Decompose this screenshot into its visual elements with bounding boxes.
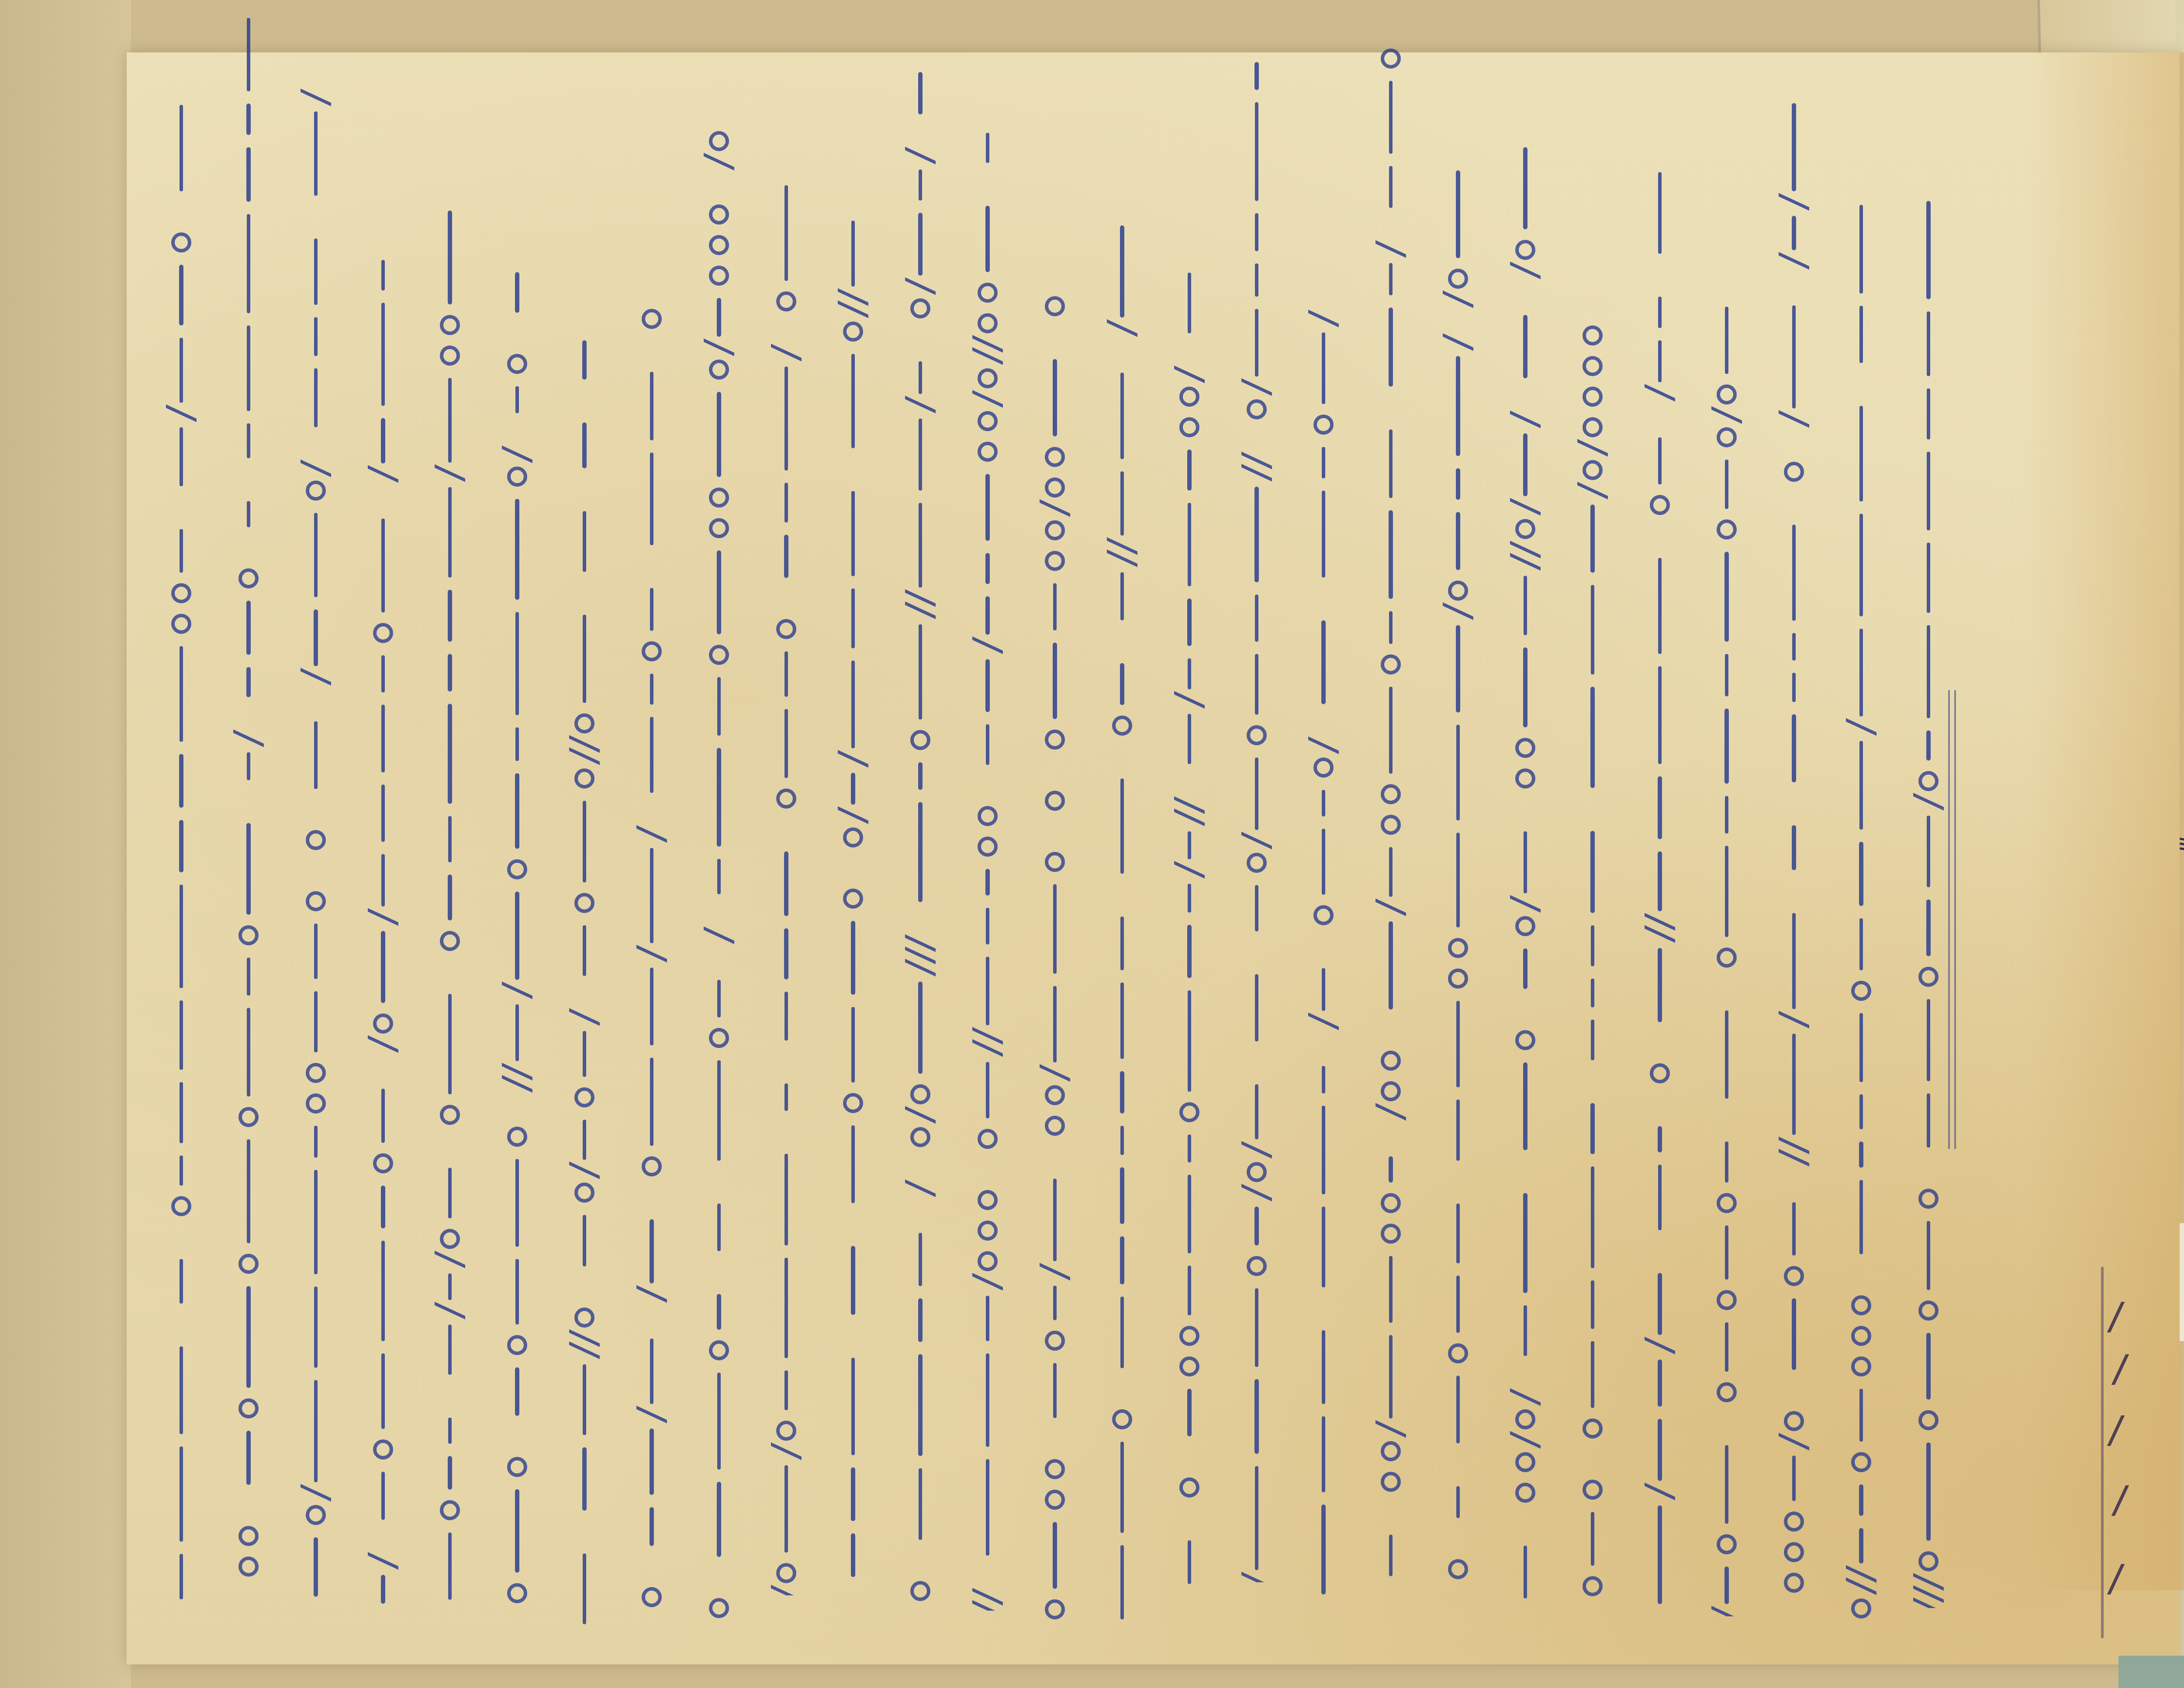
dateline-underline	[2101, 1267, 2104, 1638]
handwritten-line	[368, 31, 416, 1604]
handwritten-line	[1645, 31, 1693, 1604]
dateline-handwriting	[2110, 1302, 2145, 1608]
handwritten-line	[704, 45, 752, 1618]
handwritten-line	[636, 35, 684, 1607]
handwritten-line	[1241, 10, 1289, 1582]
sheet-fold-shadow	[2027, 52, 2184, 1590]
handwritten-line	[1443, 7, 1491, 1579]
table-surface-left	[0, 0, 131, 1688]
handwritten-line	[771, 23, 819, 1595]
handwritten-line	[435, 27, 483, 1600]
handwritten-line	[1779, 20, 1827, 1593]
handwritten-line	[166, 27, 214, 1599]
handwritten-line	[1846, 46, 1894, 1619]
handwritten-line	[301, 24, 349, 1597]
margin-marks	[2180, 839, 2184, 865]
handwritten-line	[1913, 35, 1961, 1608]
handwritten-line	[838, 4, 886, 1577]
handwritten-line	[502, 31, 550, 1603]
handwritten-line	[1174, 11, 1222, 1584]
handwritten-line	[1711, 44, 1759, 1616]
handwritten-line	[972, 38, 1020, 1611]
handwritten-line	[1510, 26, 1558, 1598]
archive-stamp-label	[2180, 1223, 2184, 1341]
handwritten-line	[905, 28, 953, 1601]
handwritten-line	[1308, 22, 1356, 1595]
handwritten-line	[1040, 47, 1088, 1619]
handwritten-line	[1577, 24, 1625, 1596]
handwritten-line	[1375, 3, 1424, 1576]
table-surface-bottom	[2118, 1656, 2184, 1688]
handwritten-line	[569, 52, 617, 1624]
handwritten-line	[1107, 47, 1155, 1619]
handwritten-line	[233, 4, 281, 1577]
